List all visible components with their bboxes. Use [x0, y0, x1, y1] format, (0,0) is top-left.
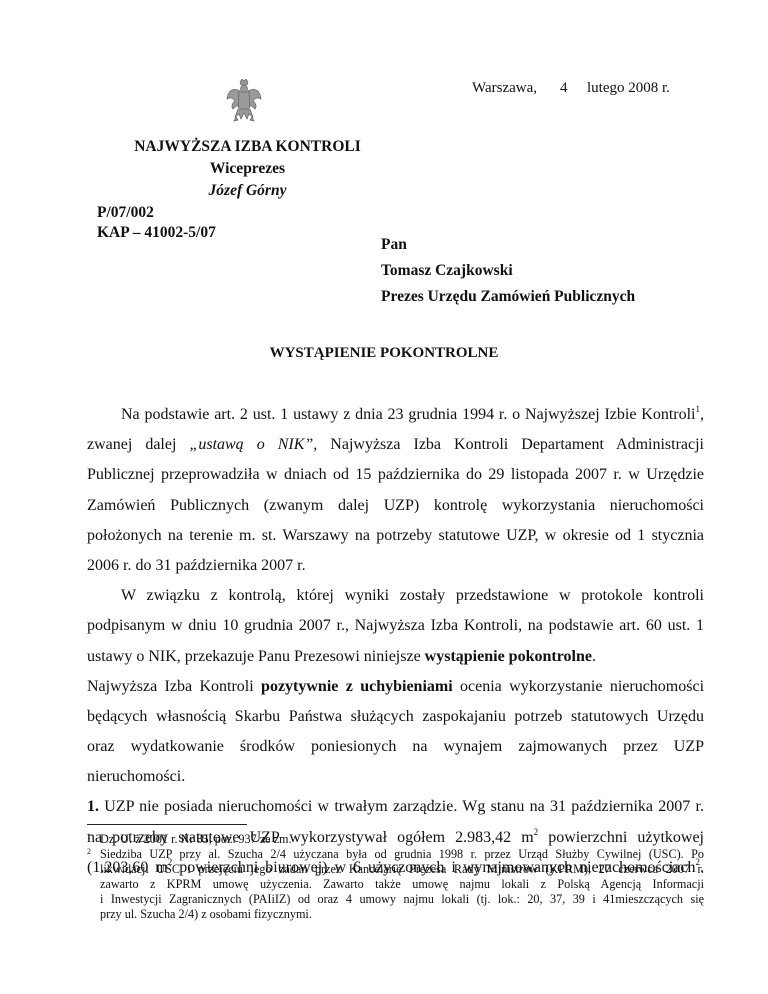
reference-number: P/07/002 [97, 204, 154, 222]
recipient-name: Tomasz Czajkowski [381, 262, 513, 280]
p4-line: 1. UZP nie posiada nieruchomości w trwał… [87, 792, 704, 822]
footnote-text: i Inwestycji Zagranicznych (PAIiIZ) od o… [100, 892, 704, 907]
date-day: 4 [560, 80, 568, 97]
institution-name: NAJWYŻSZA IZBA KONTROLI [110, 138, 385, 156]
p2-line: ustawy o NIK, przekazuje Panu Prezesowi … [87, 642, 704, 672]
p1-line: Zamówień Publicznych (zwanym dalej UZP) … [87, 491, 704, 521]
footnote-2: 2 Siedziba UZP przy al. Szucha 2/4 użycz… [87, 847, 704, 922]
p1-line: zwanej dalej „ustawą o NIK”, Najwyższa I… [87, 430, 704, 460]
date-city: Warszawa, [472, 80, 537, 97]
footnote-number: 2 [87, 844, 91, 859]
p3-line: oraz wydatkowanie środków poniesionych n… [87, 732, 704, 762]
polish-eagle-emblem-icon [226, 79, 262, 123]
sender-role: Wiceprezes [110, 160, 385, 178]
footnote-text: Siedziba UZP przy al. Szucha 2/4 użyczan… [100, 847, 704, 862]
footnote-separator [87, 824, 247, 825]
footnote-text: likwidacji USC i przejęciu jego zadań pr… [100, 862, 704, 877]
document-title: WYSTĄPIENIE POKONTROLNE [0, 345, 768, 362]
footnote-text: zawarto z KPRM umowę użyczenia. Zawarto … [100, 877, 704, 892]
signatory-wrap: Józef Górny [110, 182, 385, 200]
signatory-name: Józef Górny [209, 182, 287, 199]
p3-line: Najwyższa Izba Kontroli pozytywnie z uch… [87, 672, 704, 702]
date-month-year: lutego 2008 r. [587, 80, 670, 97]
p3-line: nieruchomości. [87, 762, 704, 792]
footnote-1: 1 Dz. U. z 2001 r. Nr 85, poz. 937 ze zm… [87, 832, 704, 847]
footnote-number: 1 [87, 829, 91, 844]
p1-line: położonych na terenie m. st. Warszawy na… [87, 521, 704, 551]
footnote-text: Dz. U. z 2001 r. Nr 85, poz. 937 ze zm. [100, 832, 704, 847]
footnote-text: przy ul. Szucha 2/4) z osobami fizycznym… [100, 907, 704, 922]
case-number: KAP – 41002-5/07 [97, 224, 216, 242]
p1-line: Publicznej przeprowadziła w dniach od 15… [87, 460, 704, 490]
document-body: Na podstawie art. 2 ust. 1 ustawy z dnia… [87, 400, 704, 883]
p2-line: podpisanym w dniu 10 grudnia 2007 r., Na… [87, 611, 704, 641]
recipient-title: Prezes Urzędu Zamówień Publicznych [381, 288, 635, 306]
p1-line: 2006 r. do 31 października 2007 r. [87, 551, 704, 581]
p2-line: W związku z kontrolą, której wyniki zost… [87, 581, 704, 611]
p1-line: Na podstawie art. 2 ust. 1 ustawy z dnia… [87, 400, 704, 430]
recipient-salutation: Pan [381, 236, 407, 254]
p3-line: będących własnością Skarbu Państwa służą… [87, 702, 704, 732]
